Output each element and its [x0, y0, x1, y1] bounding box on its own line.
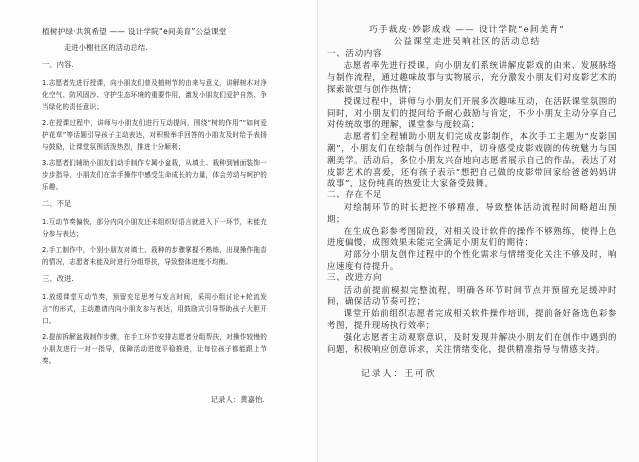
right-improvement-para-2: 课堂开始前组织志愿者完成相关软件操作培训，提前备好备选色彩参考图，提升现场执行效…	[327, 308, 617, 332]
left-shortcoming-item-1: 1.互动节奏偏快，部分内向小朋友还未组织好语言就进入下一环节，未能充分参与表达；	[42, 216, 267, 240]
left-section-content: 1.志愿者先进行授课，向小朋友们普及植树节的由来与意义，讲解树木对净化空气、防风…	[42, 77, 267, 193]
left-doc-recorder: 记录人：黄嘉怡.	[42, 395, 267, 404]
left-improvement-item-2: 2.提前拆解盆栽制作步骤，在手工环节安排志愿者分组帮扶，对操作较慢的小朋友进行一…	[42, 331, 267, 367]
left-content-item-1: 1.志愿者先进行授课，向小朋友们普及植树节的由来与意义，讲解树木对净化空气、防风…	[42, 77, 267, 113]
left-doc-subtitle: 走进小榭社区的活动总结.	[42, 43, 267, 52]
right-section-heading-shortcomings: 二、存在不足	[327, 190, 617, 202]
left-doc-title: 植树护绿·共筑希望 —— 设计学院“e间美育”公益课堂	[42, 27, 267, 37]
left-section-improvement: 1.放缓课堂互动节奏，预留充足思考与发言时间，采用小组讨论+轮流发言“的形式，主…	[42, 291, 267, 367]
left-content-item-2: 2.在授课过程中，讲师与小朋友们进行互动提问，围绕“树的作用”“如何爱护花草”等…	[42, 117, 267, 153]
right-content-para-3: 志愿者们全程辅助小朋友们完成皮影制作，本次手工主题为“皮影国潮”，小朋友们在绘制…	[327, 131, 617, 190]
left-section-heading-improvement: 三、改进.	[42, 274, 267, 283]
right-section-heading-improvement: 三、改进方向	[327, 273, 617, 285]
right-content-para-2: 授课过程中，讲师与小朋友们开展多次趣味互动，在活跃课堂氛围的同时，对小朋友们的提…	[327, 96, 617, 131]
right-document: 巧手裁皮·妙影成戏 —— 设计学院“e间美育” 公益课堂走进吴响社区的活动总结 …	[327, 25, 617, 381]
left-shortcoming-item-2: 2.手工制作中，个别小朋友对填土、栽种的步骤掌握不熟练，出现操作拖沓的情况，志愿…	[42, 244, 267, 268]
right-doc-title-line1: 巧手裁皮·妙影成戏 —— 设计学院“e间美育”	[327, 25, 617, 37]
left-document: 植树护绿·共筑希望 —— 设计学院“e间美育”公益课堂 走进小榭社区的活动总结.…	[42, 27, 267, 404]
page-divider	[317, 0, 318, 462]
right-content-para-1: 志愿者率先进行授课，向小朋友们系统讲解皮影戏的由来、发展脉络与制作流程，通过趣味…	[327, 60, 617, 95]
right-improvement-para-1: 活动前提前模拟完整流程，明确各环节时间节点并预留充足缓冲时间，确保活动节奏可控；	[327, 285, 617, 309]
right-section-heading-content: 一、活动内容	[327, 49, 617, 61]
right-shortcoming-para-2: 在生成色彩参考图阶段，对相关设计软件的操作不够熟练，使得上色进度偏慢，成图效果未…	[327, 226, 617, 250]
right-shortcoming-para-1: 对绘制环节的时长把控不够精准，导致整体活动流程时间略超出预期；	[327, 202, 617, 226]
left-content-item-3: 3.志愿者们辅助小朋友们动手制作专属小盆栽，从填土、栽种到铺面装饰一步步指导，小…	[42, 157, 267, 193]
right-doc-title-line2: 公益课堂走进吴响社区的活动总结	[327, 37, 617, 49]
left-improvement-item-1: 1.放缓课堂互动节奏，预留充足思考与发言时间，采用小组讨论+轮流发言“的形式，主…	[42, 291, 267, 327]
right-improvement-para-3: 强化志愿者主动观察意识，及时发现并解决小朋友们在创作中遇到的问题，积极响应创意诉…	[327, 332, 617, 356]
left-section-shortcomings: 1.互动节奏偏快，部分内向小朋友还未组织好语言就进入下一环节，未能充分参与表达；…	[42, 216, 267, 268]
right-doc-recorder: 记录人：王可欣	[327, 369, 617, 381]
right-shortcoming-para-3: 对部分小朋友创作过程中的个性化需求与情绪变化关注不够及时，响应速度有待提升。	[327, 249, 617, 273]
left-section-heading-shortcomings: 二、不足	[42, 199, 267, 208]
left-section-heading-content: 一、内容.	[42, 60, 267, 69]
